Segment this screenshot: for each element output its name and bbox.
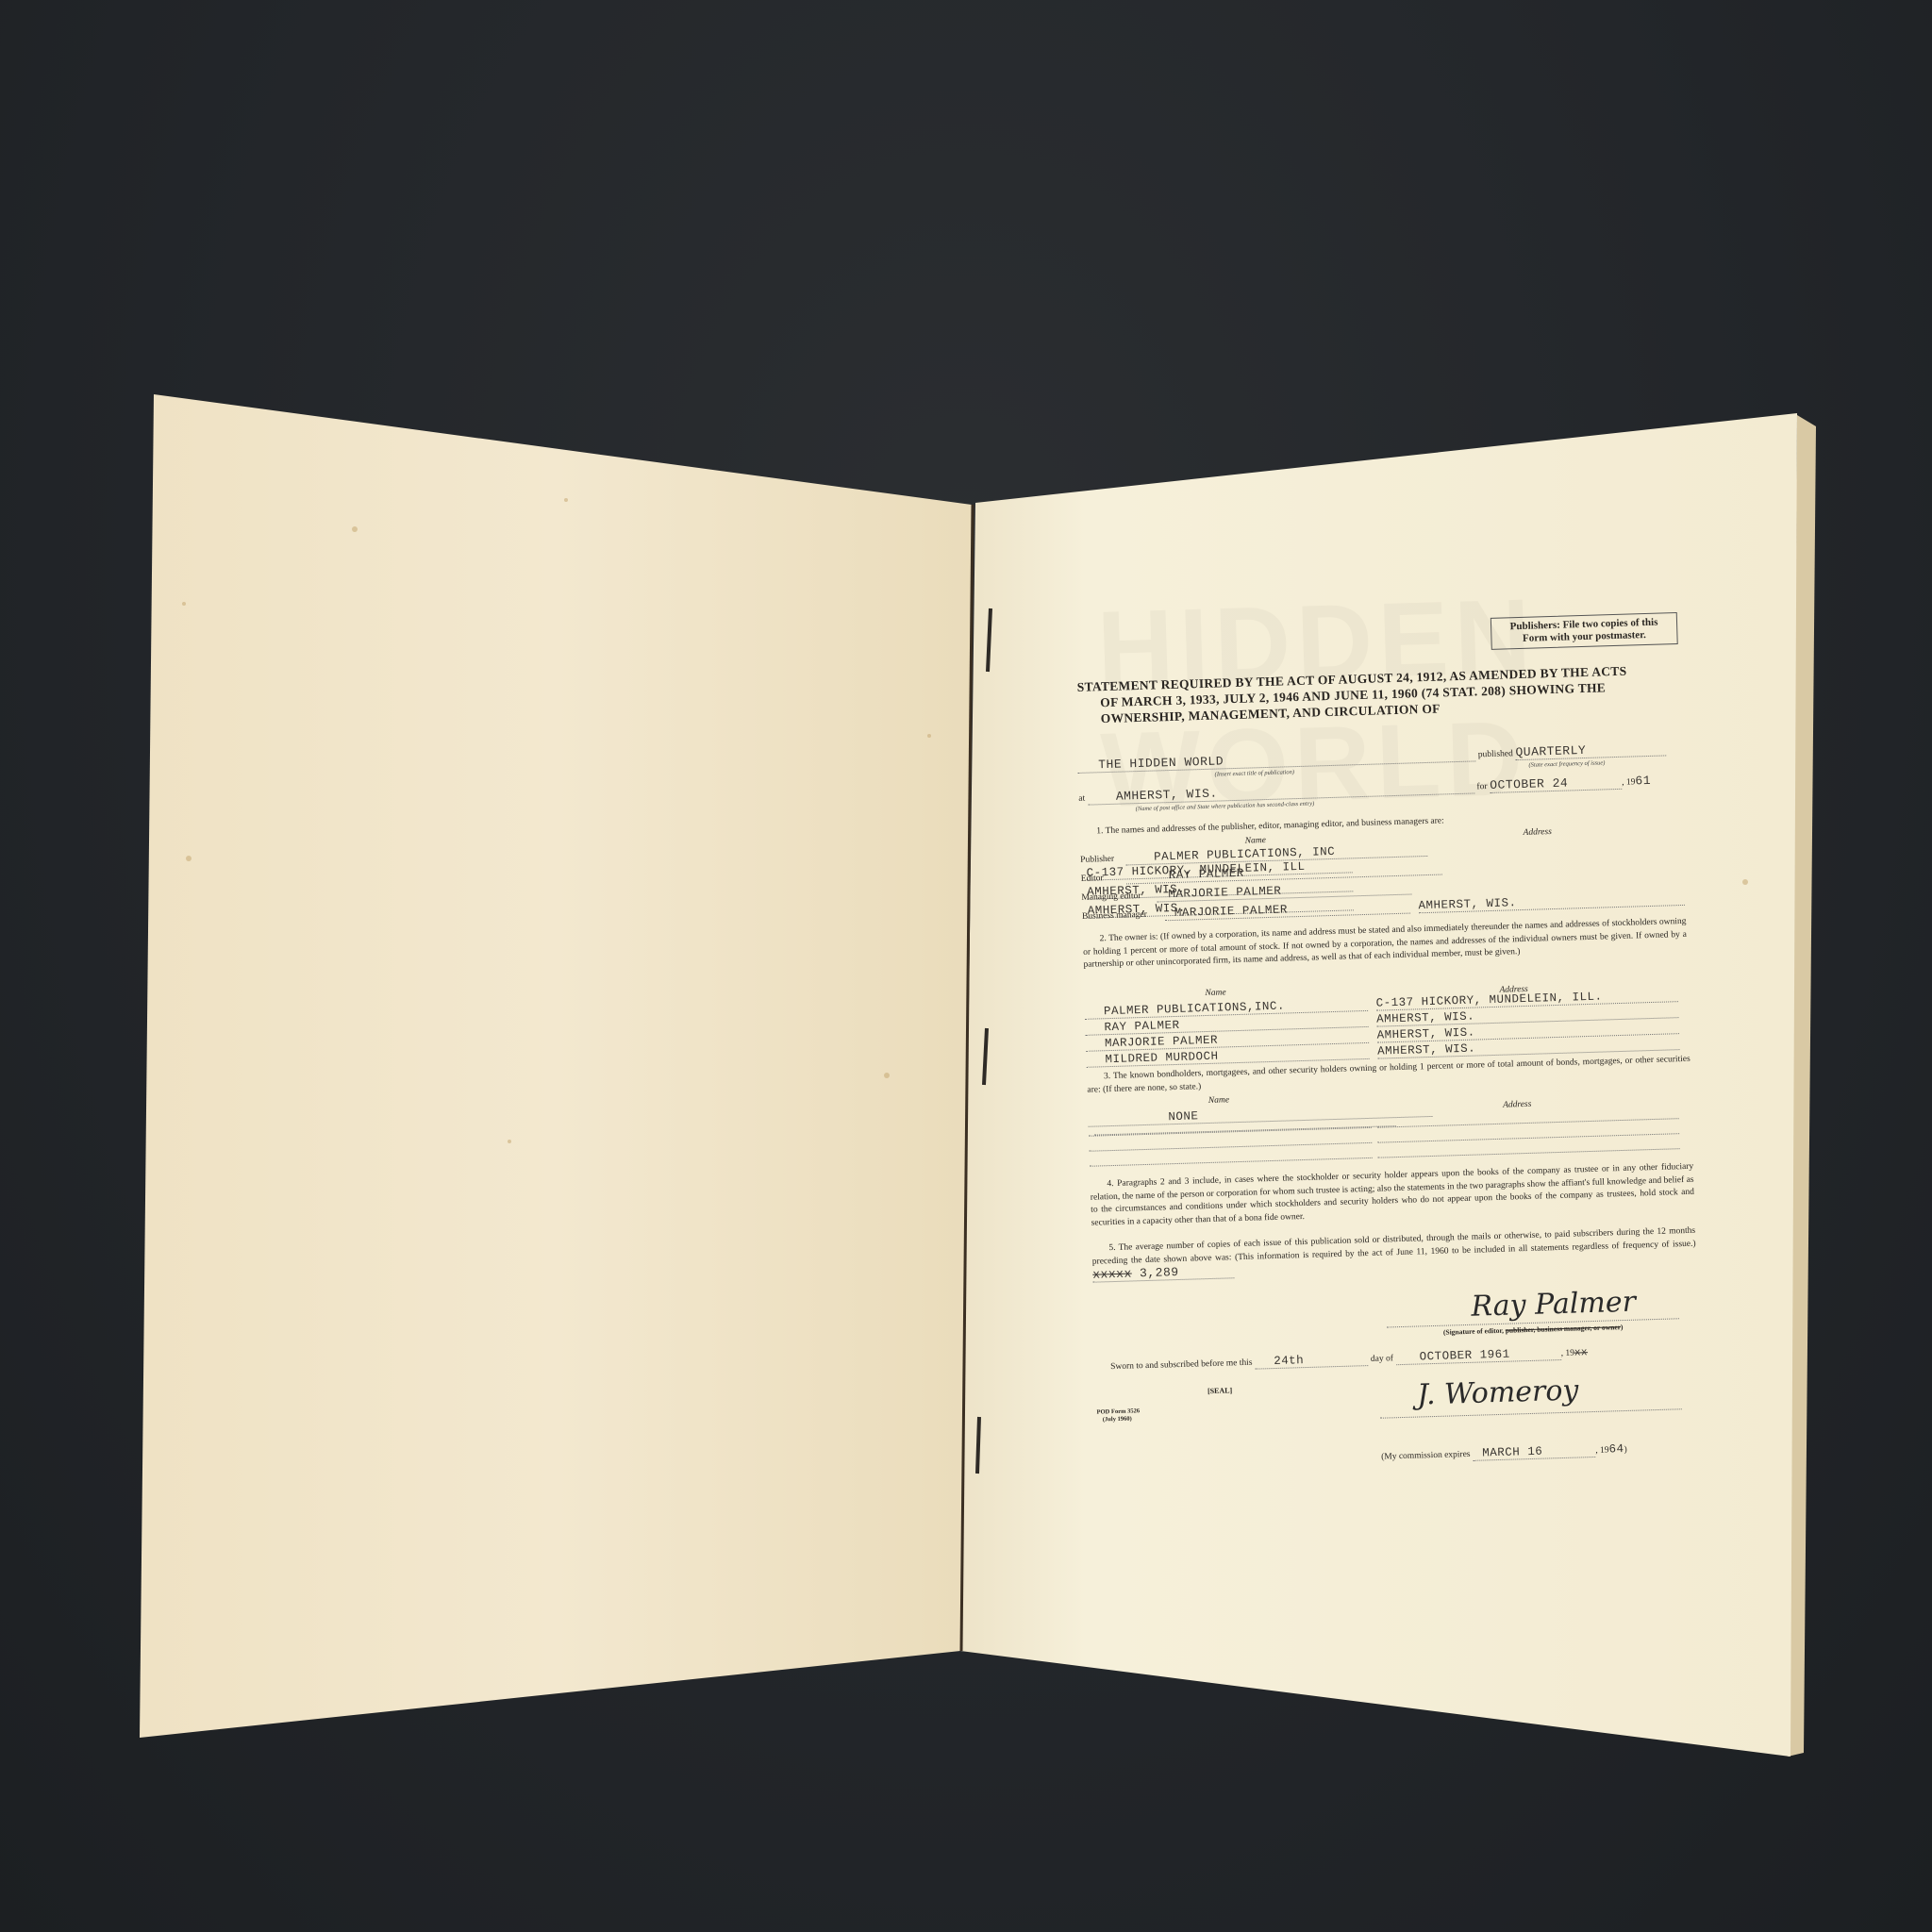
editor-signature: Ray Palmer: [1471, 1286, 1636, 1324]
book-illustration: [0, 0, 1932, 1932]
staple-bottom: [977, 1417, 979, 1474]
publisher-notice-box: Publishers: File two copies of this Form…: [1491, 612, 1678, 650]
left-page: [140, 394, 972, 1738]
circulation-field: xxxxx 3,289: [1092, 1264, 1234, 1282]
seal-label: [SEAL]: [1207, 1386, 1232, 1395]
year-field: 61: [1635, 774, 1651, 788]
